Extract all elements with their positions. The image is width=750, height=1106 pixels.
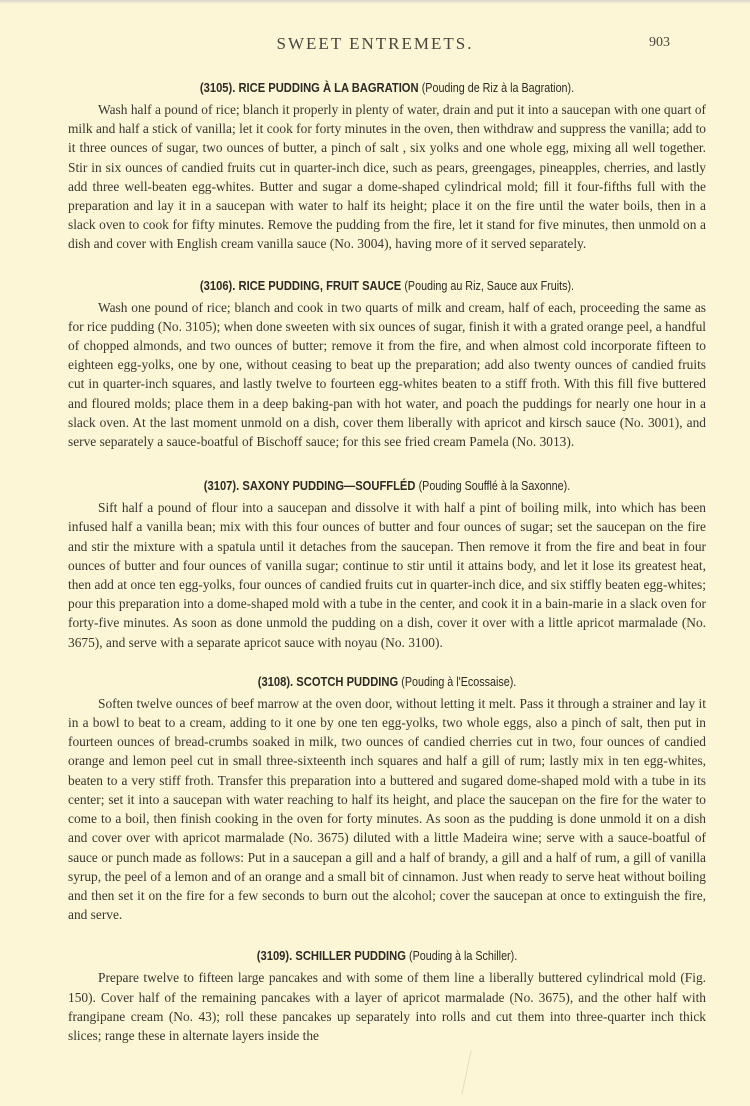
recipe-french-name: (Pouding à l'Ecossaise). <box>401 675 516 689</box>
recipe-body: Soften twelve ounces of beef marrow at t… <box>68 694 706 924</box>
recipe-title: (3105). RICE PUDDING À LA BAGRATION (Pou… <box>113 78 662 98</box>
paper-crease <box>461 1050 471 1094</box>
recipe-number: (3106). <box>200 278 235 293</box>
recipe-french-name: (Pouding au Riz, Sauce aux Fruits). <box>404 279 574 293</box>
recipe-french-name: (Pouding à la Schiller). <box>409 949 517 963</box>
running-head: SWEET ENTREMETS. 903 <box>0 34 750 58</box>
recipe-body: Wash half a pound of rice; blanch it pro… <box>68 100 706 254</box>
recipe-body: Wash one pound of rice; blanch and cook … <box>68 298 706 452</box>
page-content: (3105). RICE PUDDING À LA BAGRATION (Pou… <box>68 78 706 1045</box>
recipe-body: Prepare twelve to fifteen large pancakes… <box>68 968 706 1045</box>
running-title: SWEET ENTREMETS. <box>0 34 750 54</box>
recipe-name: RICE PUDDING, FRUIT SAUCE <box>238 278 401 293</box>
page-top-edge <box>0 0 750 4</box>
recipe-number: (3109). <box>257 948 292 963</box>
recipe-title: (3109). SCHILLER PUDDING (Pouding à la S… <box>113 946 662 966</box>
recipe-body: Sift half a pound of flour into a saucep… <box>68 498 706 652</box>
recipe-number: (3105). <box>200 80 235 95</box>
recipe-french-name: (Pouding Soufflé à la Saxonne). <box>419 479 571 493</box>
recipe-3105: (3105). RICE PUDDING À LA BAGRATION (Pou… <box>68 78 706 254</box>
recipe-3107: (3107). SAXONY PUDDING—SOUFFLÉD (Pouding… <box>68 476 706 652</box>
recipe-3106: (3106). RICE PUDDING, FRUIT SAUCE (Poudi… <box>68 276 706 452</box>
recipe-title: (3107). SAXONY PUDDING—SOUFFLÉD (Pouding… <box>113 476 662 496</box>
recipe-3109: (3109). SCHILLER PUDDING (Pouding à la S… <box>68 946 706 1045</box>
recipe-number: (3108). <box>258 674 293 689</box>
recipe-title: (3106). RICE PUDDING, FRUIT SAUCE (Poudi… <box>113 276 662 296</box>
recipe-name: RICE PUDDING À LA BAGRATION <box>238 80 418 95</box>
recipe-name: SAXONY PUDDING—SOUFFLÉD <box>242 478 415 493</box>
page-number: 903 <box>649 35 670 51</box>
recipe-french-name: (Pouding de Riz à la Bagration). <box>422 81 574 95</box>
recipe-number: (3107). <box>204 478 239 493</box>
recipe-name: SCHILLER PUDDING <box>295 948 406 963</box>
recipe-title: (3108). SCOTCH PUDDING (Pouding à l'Ecos… <box>113 672 662 692</box>
recipe-3108: (3108). SCOTCH PUDDING (Pouding à l'Ecos… <box>68 672 706 924</box>
recipe-name: SCOTCH PUDDING <box>296 674 398 689</box>
